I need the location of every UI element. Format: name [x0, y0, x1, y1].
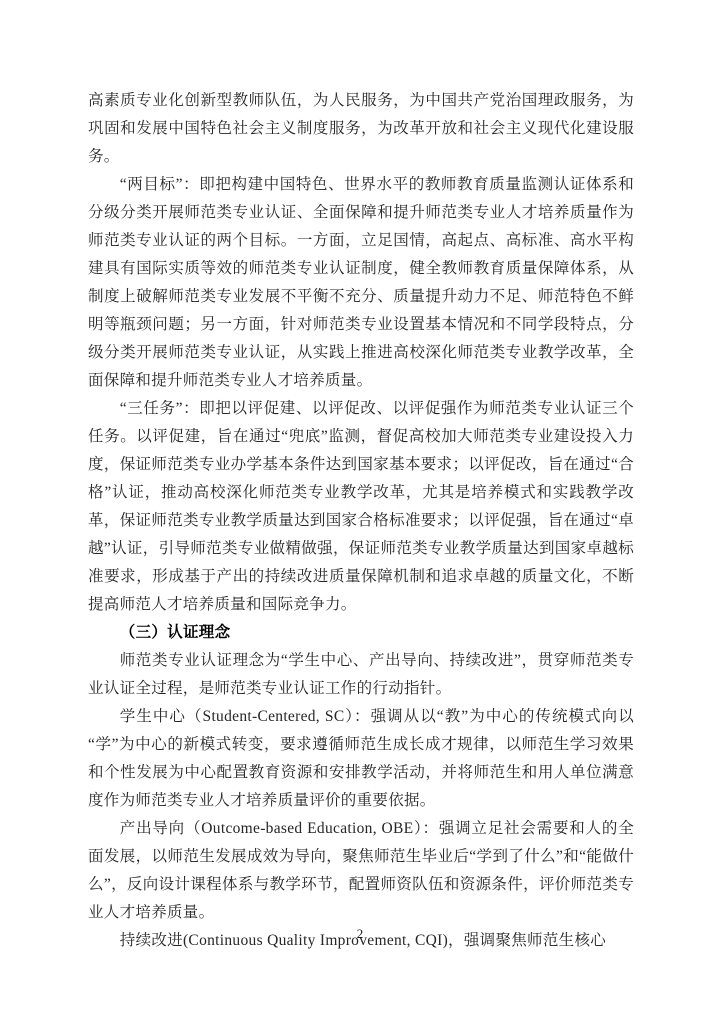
paragraph-student-centered: 学生中心（Student-Centered, SC）：强调从以“教”为中心的传统…	[88, 703, 634, 815]
paragraph-continuation: 高素质专业化创新型教师队伍，为人民服务，为中国共产党治国理政服务，为巩固和发展中…	[88, 87, 634, 171]
page-number: 2	[0, 926, 720, 942]
paragraph-three-tasks: “三任务”：即把以评促建、以评促改、以评促强作为师范类专业认证三个任务。以评促建…	[88, 395, 634, 619]
paragraph-outcome-based: 产出导向（Outcome-based Education, OBE）：强调立足社…	[88, 815, 634, 927]
section-heading-certification-concept: （三）认证理念	[88, 619, 634, 647]
paragraph-two-goals: “两目标”：即把构建中国特色、世界水平的教师教育质量监测认证体系和分级分类开展师…	[88, 171, 634, 395]
paragraph-concept-overview: 师范类专业认证理念为“学生中心、产出导向、持续改进”，贯穿师范类专业认证全过程，…	[88, 647, 634, 703]
document-page: 高素质专业化创新型教师队伍，为人民服务，为中国共产党治国理政服务，为巩固和发展中…	[0, 0, 720, 1018]
